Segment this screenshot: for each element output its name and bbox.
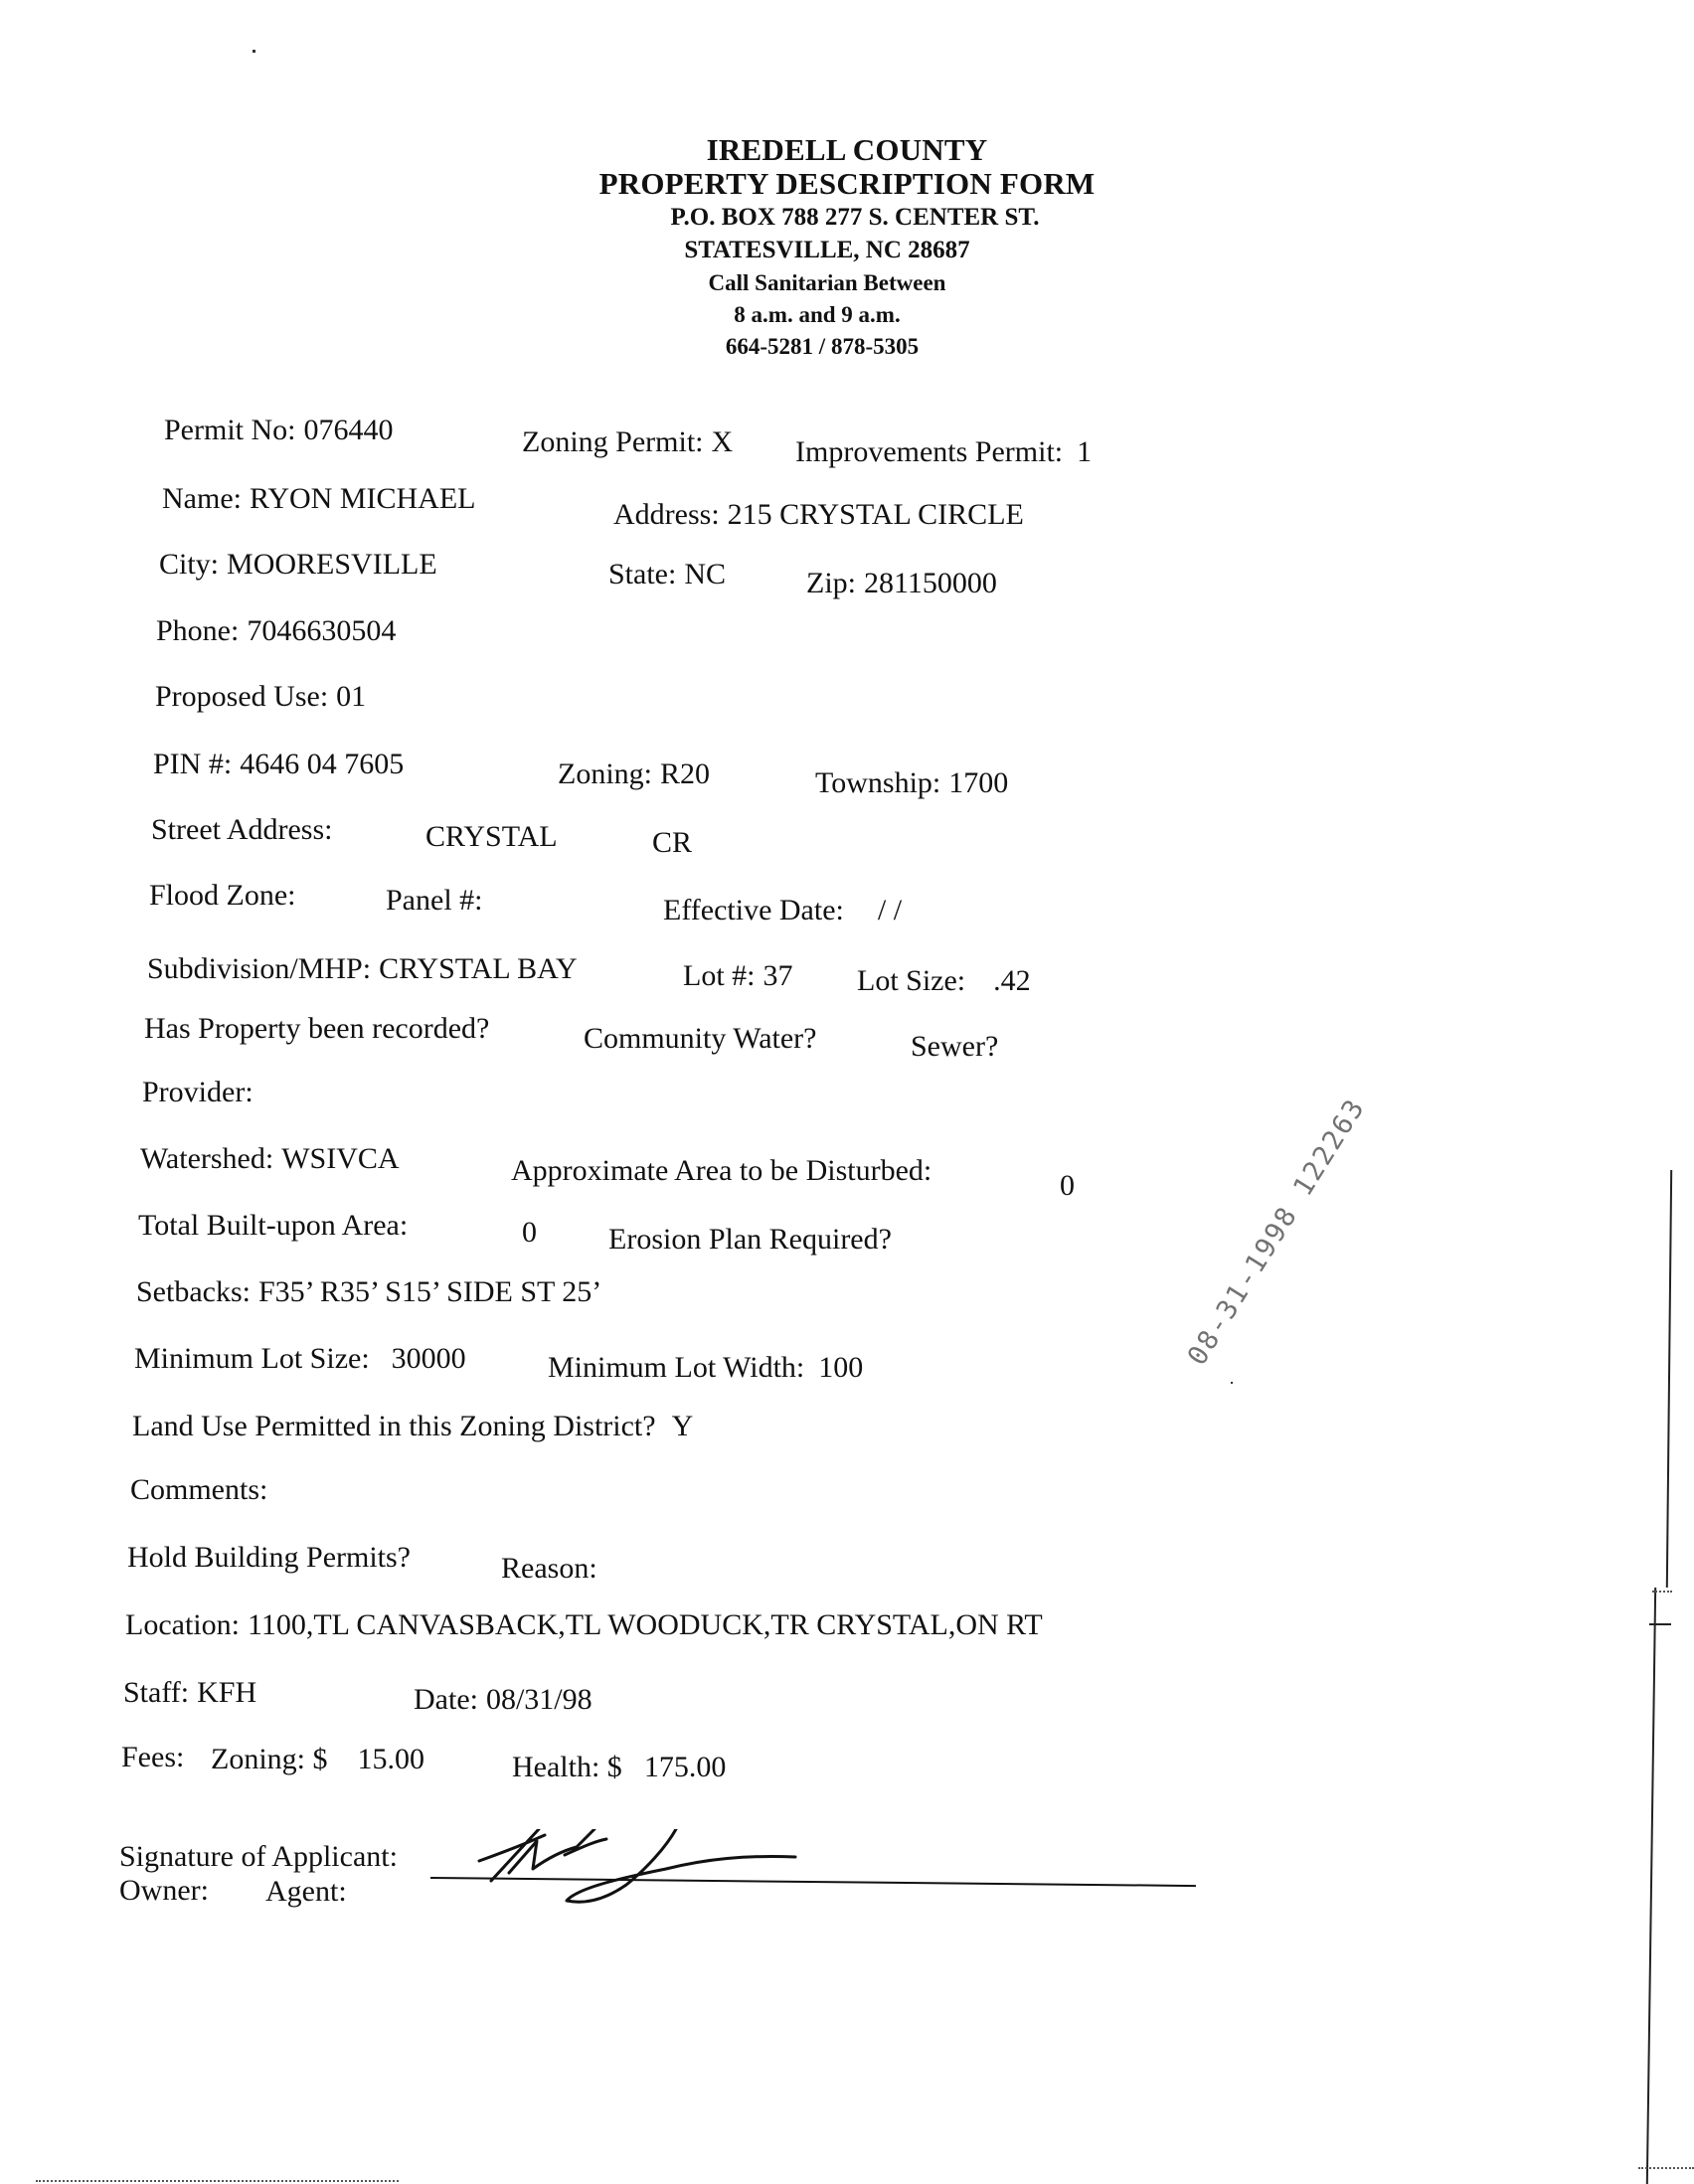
agent-label: Agent:	[265, 1877, 347, 1907]
phone-value: 7046630504	[247, 614, 396, 647]
received-date-stamp: 08-31-1998 122263	[1182, 1092, 1372, 1371]
address-value: 215 CRYSTAL CIRCLE	[728, 498, 1024, 531]
health-fee-label: Health: $	[512, 1751, 622, 1783]
lot-no-value: 37	[763, 959, 793, 992]
zoning-fee-label: Zoning: $	[211, 1743, 328, 1775]
scan-speck	[1231, 1382, 1233, 1384]
pin-value: 4646 04 7605	[240, 748, 404, 780]
phone-field: Phone:7046630504	[156, 616, 396, 646]
street-address-suffix: CR	[652, 828, 692, 858]
min-lot-size-value: 30000	[392, 1342, 466, 1375]
street-address-street: CRYSTAL	[425, 822, 558, 852]
zip-label: Zip:	[806, 567, 856, 599]
address-line-2: STATESVILLE, NC 28687	[0, 237, 1674, 264]
comments-label: Comments:	[130, 1475, 267, 1505]
lot-size-value: .42	[993, 964, 1031, 997]
flood-zone-label: Flood Zone:	[149, 881, 296, 911]
subdivision-label: Subdivision/MHP:	[147, 952, 371, 985]
location-value: 1100,TL CANVASBACK,TL WOODUCK,TR CRYSTAL…	[248, 1608, 1043, 1641]
phone-label: Phone:	[156, 614, 239, 647]
improvements-permit-value: 1	[1077, 435, 1092, 468]
permit-no-value: 076440	[304, 414, 394, 446]
health-fee-field: Health: $175.00	[512, 1753, 726, 1782]
setbacks-label: Setbacks:	[136, 1275, 251, 1308]
min-lot-width-value: 100	[818, 1351, 863, 1384]
address-field: Address:215 CRYSTAL CIRCLE	[613, 500, 1024, 530]
township-field: Township:1700	[815, 768, 1008, 798]
panel-label: Panel #:	[386, 886, 483, 916]
improvements-permit-field: Improvements Permit:1	[795, 437, 1092, 467]
city-value: MOORESVILLE	[227, 548, 437, 581]
scan-edge-line-lower	[1646, 1588, 1656, 2184]
built-upon-area-value: 0	[522, 1218, 537, 1248]
proposed-use-value: 01	[336, 680, 366, 713]
effective-date-value: / /	[878, 894, 902, 926]
proposed-use-label: Proposed Use:	[155, 680, 328, 713]
erosion-plan-label: Erosion Plan Required?	[608, 1225, 892, 1255]
lot-size-label: Lot Size:	[857, 964, 965, 997]
permit-no-label: Permit No:	[164, 414, 296, 446]
land-use-permitted-field: Land Use Permitted in this Zoning Distri…	[132, 1412, 693, 1441]
hold-building-permits-label: Hold Building Permits?	[127, 1543, 411, 1573]
min-lot-size-label: Minimum Lot Size:	[134, 1342, 370, 1375]
min-lot-width-field: Minimum Lot Width:100	[548, 1353, 863, 1383]
address-label: Address:	[613, 498, 720, 531]
community-water-label: Community Water?	[584, 1024, 817, 1054]
date-label: Date:	[414, 1683, 478, 1716]
watershed-label: Watershed:	[140, 1142, 273, 1175]
state-label: State:	[608, 558, 676, 590]
staff-value: KFH	[197, 1676, 256, 1709]
improvements-permit-label: Improvements Permit:	[795, 435, 1063, 468]
location-field: Location:1100,TL CANVASBACK,TL WOODUCK,T…	[125, 1610, 1043, 1640]
staff-field: Staff:KFH	[123, 1678, 256, 1708]
county-title: IREDELL COUNTY	[0, 132, 1694, 168]
reason-label: Reason:	[501, 1554, 597, 1584]
setbacks-field: Setbacks:F35’ R35’ S15’ SIDE ST 25’	[136, 1277, 601, 1307]
scanned-form-page: IREDELL COUNTY PROPERTY DESCRIPTION FORM…	[0, 0, 1694, 2184]
provider-label: Provider:	[142, 1078, 254, 1107]
address-line-1: P.O. BOX 788 277 S. CENTER ST.	[8, 204, 1694, 232]
zoning-permit-label: Zoning Permit:	[522, 425, 704, 458]
recorded-label: Has Property been recorded?	[144, 1014, 489, 1044]
zoning-permit-value: X	[712, 425, 734, 458]
area-disturbed-label: Approximate Area to be Disturbed:	[511, 1156, 932, 1186]
name-label: Name:	[162, 482, 242, 515]
date-field: Date:08/31/98	[414, 1685, 593, 1715]
owner-label: Owner:	[119, 1876, 209, 1906]
watershed-value: WSIVCA	[281, 1142, 399, 1175]
scan-dots	[1652, 1591, 1672, 1595]
zip-field: Zip:281150000	[806, 569, 997, 598]
lot-no-label: Lot #:	[683, 959, 756, 992]
zip-value: 281150000	[864, 567, 997, 599]
call-line-1: Call Sanitarian Between	[0, 270, 1674, 296]
setbacks-value: F35’ R35’ S15’ SIDE ST 25’	[258, 1275, 601, 1308]
zoning-permit-field: Zoning Permit:X	[522, 427, 733, 457]
scan-bottom-dots	[36, 2180, 399, 2184]
pin-field: PIN #:4646 04 7605	[153, 750, 404, 779]
call-line-2: 8 a.m. and 9 a.m.	[0, 302, 1664, 328]
name-value: RYON MICHAEL	[250, 482, 476, 515]
zoning-field: Zoning:R20	[558, 759, 710, 789]
street-address-label: Street Address:	[151, 815, 332, 845]
signature-scribble	[467, 1829, 825, 1909]
lot-size-field: Lot Size:.42	[857, 966, 1031, 996]
phone-numbers: 664-5281 / 878-5305	[0, 334, 1669, 360]
lot-no-field: Lot #:37	[683, 961, 793, 991]
scan-dots	[1638, 2167, 1694, 2171]
staff-label: Staff:	[123, 1676, 189, 1709]
scan-edge-line	[1666, 1170, 1672, 1588]
min-lot-width-label: Minimum Lot Width:	[548, 1351, 804, 1384]
state-value: NC	[684, 558, 726, 590]
permit-no-field: Permit No:076440	[164, 416, 394, 445]
zoning-fee-field: Zoning: $15.00	[211, 1745, 424, 1774]
date-value: 08/31/98	[486, 1683, 593, 1716]
city-label: City:	[159, 548, 219, 581]
zoning-label: Zoning:	[558, 757, 652, 790]
pin-label: PIN #:	[153, 748, 232, 780]
name-field: Name:RYON MICHAEL	[162, 484, 475, 514]
township-value: 1700	[948, 766, 1008, 799]
scan-speck	[253, 50, 255, 53]
location-label: Location:	[125, 1608, 240, 1641]
area-disturbed-value: 0	[1060, 1171, 1075, 1201]
land-use-permitted-value: Y	[672, 1410, 694, 1442]
scan-tick	[1649, 1623, 1671, 1625]
effective-date-label: Effective Date:	[663, 894, 844, 926]
fees-label: Fees:	[121, 1743, 184, 1772]
built-upon-area-label: Total Built-upon Area:	[138, 1211, 408, 1241]
signature-label: Signature of Applicant:	[119, 1842, 398, 1872]
land-use-permitted-label: Land Use Permitted in this Zoning Distri…	[132, 1410, 656, 1442]
state-field: State:NC	[608, 560, 726, 589]
watershed-field: Watershed:WSIVCA	[140, 1144, 400, 1174]
sewer-label: Sewer?	[911, 1032, 998, 1062]
zoning-value: R20	[660, 757, 710, 790]
city-field: City:MOORESVILLE	[159, 550, 437, 580]
proposed-use-field: Proposed Use:01	[155, 682, 366, 712]
form-title: PROPERTY DESCRIPTION FORM	[0, 166, 1694, 202]
subdivision-field: Subdivision/MHP:CRYSTAL BAY	[147, 954, 578, 984]
zoning-fee-value: 15.00	[358, 1743, 425, 1775]
effective-date-field: Effective Date:/ /	[663, 896, 902, 925]
subdivision-value: CRYSTAL BAY	[379, 952, 578, 985]
township-label: Township:	[815, 766, 940, 799]
min-lot-size-field: Minimum Lot Size:30000	[134, 1344, 466, 1374]
health-fee-value: 175.00	[644, 1751, 727, 1783]
